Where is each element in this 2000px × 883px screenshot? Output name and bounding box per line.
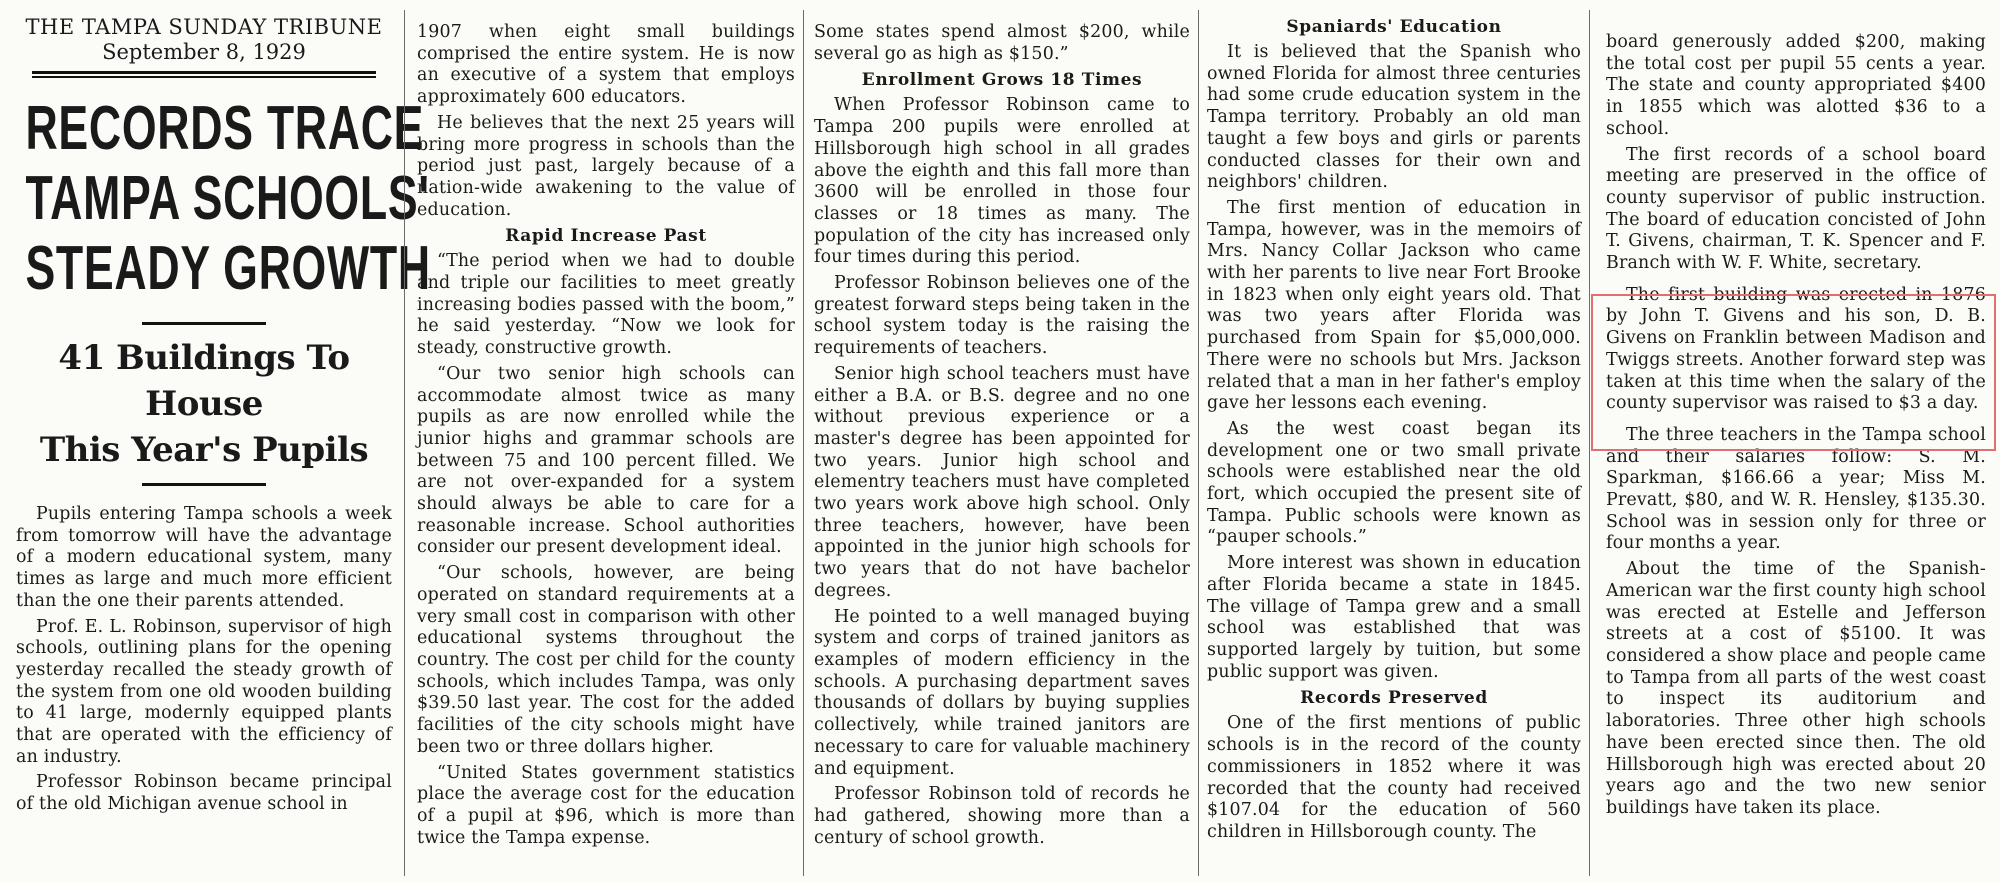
subheadline: 41 Buildings To House This Year's Pupils: [16, 335, 392, 473]
newspaper-clipping: THE TAMPA SUNDAY TRIBUNE September 8, 19…: [0, 0, 2000, 883]
paragraph: “United States government statistics pla…: [417, 763, 795, 850]
section-subhead: Records Preserved: [1207, 687, 1581, 709]
paragraph: It is believed that the Spanish who owne…: [1207, 42, 1581, 194]
section-subhead: Rapid Increase Past: [417, 225, 795, 247]
paragraph: Professor Robinson believes one of the g…: [814, 273, 1190, 360]
paragraph: When Professor Robinson came to Tampa 20…: [814, 95, 1190, 269]
subheadline-line-1: 41 Buildings To House: [16, 335, 392, 427]
paragraph: “The period when we had to double and tr…: [417, 251, 795, 360]
paragraph: Professor Robinson became principal of t…: [16, 772, 392, 815]
divider-rule: [142, 322, 266, 325]
publication-date: September 8, 1929: [16, 40, 392, 65]
paragraph: More interest was shown in education aft…: [1207, 553, 1581, 683]
column-4: Spaniards' Education It is believed that…: [1199, 0, 1589, 883]
highlighted-paragraph: The first building was erected in 1876 b…: [1606, 285, 1986, 415]
paragraph: “Our schools, however, are being operate…: [417, 563, 795, 758]
headline-line-1: RECORDS TRACE: [25, 94, 382, 164]
column-1: THE TAMPA SUNDAY TRIBUNE September 8, 19…: [0, 0, 404, 883]
paragraph: Senior high school teachers must have ei…: [814, 364, 1190, 603]
paragraph: Prof. E. L. Robinson, supervisor of high…: [16, 617, 392, 769]
paragraph: About the time of the Spanish-American w…: [1606, 559, 1986, 819]
paragraph: Pupils entering Tampa schools a week fro…: [16, 504, 392, 613]
headline: RECORDS TRACE TAMPA SCHOOLS' STEADY GROW…: [25, 94, 382, 304]
paragraph: Some states spend almost $200, while sev…: [814, 22, 1190, 65]
subheadline-line-2: This Year's Pupils: [16, 427, 392, 473]
paragraph: One of the first mentions of public scho…: [1207, 713, 1581, 843]
paragraph: 1907 when eight small buildings comprise…: [417, 22, 795, 109]
headline-line-2: TAMPA SCHOOLS': [25, 164, 382, 234]
newspaper-name: THE TAMPA SUNDAY TRIBUNE: [16, 14, 392, 40]
section-subhead: Spaniards' Education: [1207, 16, 1581, 38]
paragraph: As the west coast began its development …: [1207, 419, 1581, 549]
column-2: 1907 when eight small buildings comprise…: [405, 0, 803, 883]
paragraph: “Our two senior high schools can accommo…: [417, 364, 795, 559]
paragraph: board generously added $200, making the …: [1606, 32, 1986, 141]
paragraph: He believes that the next 25 years will …: [417, 113, 795, 222]
paragraph: He pointed to a well managed buying syst…: [814, 607, 1190, 781]
section-subhead: Enrollment Grows 18 Times: [814, 69, 1190, 91]
paragraph: The three teachers in the Tampa school a…: [1606, 425, 1986, 555]
column-5: board generously added $200, making the …: [1590, 0, 2000, 883]
masthead: THE TAMPA SUNDAY TRIBUNE September 8, 19…: [16, 14, 392, 65]
paragraph: Professor Robinson told of records he ha…: [814, 784, 1190, 849]
column-3: Some states spend almost $200, while sev…: [804, 0, 1198, 883]
headline-line-3: STEADY GROWTH: [25, 234, 382, 304]
masthead-double-rule: [32, 71, 376, 78]
divider-rule: [142, 483, 266, 486]
paragraph: The first mention of education in Tampa,…: [1207, 198, 1581, 415]
paragraph: The first records of a school board meet…: [1606, 145, 1986, 275]
